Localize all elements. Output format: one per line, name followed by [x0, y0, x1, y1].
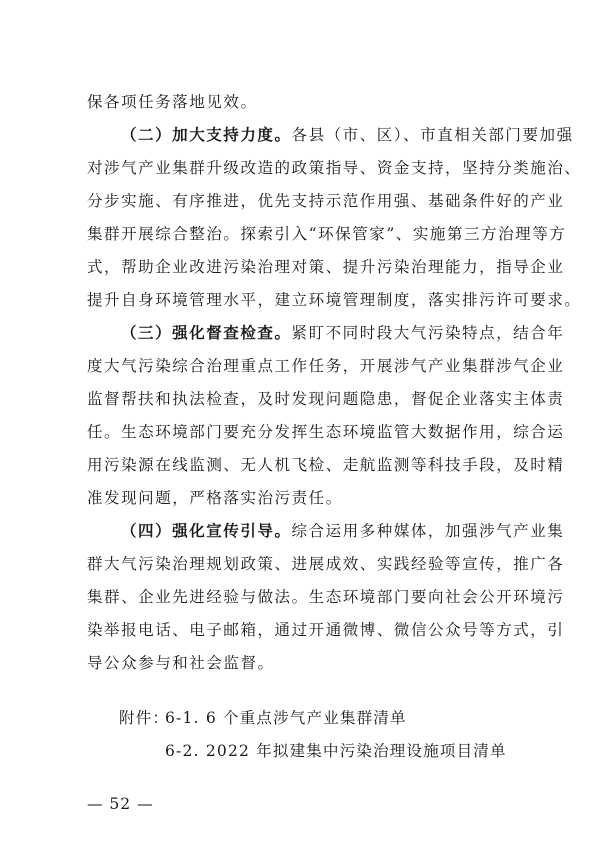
- line-text: 集群、企业先进经验与做法。生态环境部门要向社会公开环境污: [87, 588, 564, 606]
- page-number: — 52 —: [87, 793, 154, 815]
- section-heading: （三）强化督查检查。: [121, 323, 292, 342]
- paragraph-line: 集群、企业先进经验与做法。生态环境部门要向社会公开环境污: [87, 586, 517, 608]
- line-text: 准发现问题，严格落实治污责任。: [87, 489, 343, 507]
- paragraph-line: 用污染源在线监测、无人机飞检、走航监测等科技手段，及时精: [87, 454, 517, 476]
- section-heading-line: （四）强化宣传引导。综合运用多种媒体，加强涉气产业集: [87, 520, 517, 542]
- line-text: 式，帮助企业改进污染治理对策、提升污染治理能力，指导企业: [87, 258, 564, 276]
- section-heading-line: （三）强化督查检查。紧盯不同时段大气污染特点，结合年: [87, 322, 517, 344]
- document-page: 保各项任务落地见效。（二）加大支持力度。各县（市、区）、市直相关部门要加强对涉气…: [0, 0, 600, 848]
- line-text: 紧盯不同时段大气污染特点，结合年: [292, 324, 565, 342]
- paragraph-line: 任。生态环境部门要充分发挥生态环境监管大数据作用，综合运: [87, 421, 517, 443]
- paragraph-line: 准发现问题，严格落实治污责任。: [87, 487, 517, 509]
- paragraph-line: 监督帮扶和执法检查，及时发现问题隐患，督促企业落实主体责: [87, 388, 517, 410]
- line-text: 群大气污染治理规划政策、进展成效、实践经验等宣传，推广各: [87, 555, 564, 573]
- line-text: 导公众参与和社会监督。: [87, 654, 275, 672]
- line-text: 任。生态环境部门要充分发挥生态环境监管大数据作用，综合运: [87, 423, 564, 441]
- line-text: 用污染源在线监测、无人机飞检、走航监测等科技手段，及时精: [87, 456, 564, 474]
- attachment-item-1: 6-1. 6 个重点涉气产业集群清单: [165, 707, 407, 729]
- line-text: 对涉气产业集群升级改造的政策指导、资金支持，坚持分类施治、: [87, 159, 581, 177]
- line-text: 度大气污染综合治理重点工作任务，开展涉气产业集群涉气企业: [87, 357, 564, 375]
- paragraph-line: 群大气污染治理规划政策、进展成效、实践经验等宣传，推广各: [87, 553, 517, 575]
- paragraph-line: 提升自身环境管理水平，建立环境管理制度，落实排污许可要求。: [87, 289, 517, 311]
- paragraph-line: 分步实施、有序推进，优先支持示范作用强、基础条件好的产业: [87, 190, 517, 212]
- line-text: 分步实施、有序推进，优先支持示范作用强、基础条件好的产业: [87, 192, 564, 210]
- paragraph-line: 导公众参与和社会监督。: [87, 652, 517, 674]
- section-heading: （四）强化宣传引导。: [121, 521, 292, 540]
- paragraph-line: 对涉气产业集群升级改造的政策指导、资金支持，坚持分类施治、: [87, 157, 517, 179]
- attachments-label: 附件：: [119, 707, 169, 729]
- line-text: 监督帮扶和执法检查，及时发现问题隐患，督促企业落实主体责: [87, 390, 564, 408]
- line-text: 集群开展综合整治。探索引入“环保管家”、实施第三方治理等方: [87, 225, 566, 243]
- line-text: 提升自身环境管理水平，建立环境管理制度，落实排污许可要求。: [87, 291, 581, 309]
- section-heading-line: （二）加大支持力度。各县（市、区）、市直相关部门要加强: [87, 124, 517, 146]
- line-text: 染举报电话、电子邮箱，通过开通微博、微信公众号等方式，引: [87, 621, 564, 639]
- paragraph-line: 染举报电话、电子邮箱，通过开通微博、微信公众号等方式，引: [87, 619, 517, 641]
- paragraph-line: 度大气污染综合治理重点工作任务，开展涉气产业集群涉气企业: [87, 355, 517, 377]
- paragraph-line: 式，帮助企业改进污染治理对策、提升污染治理能力，指导企业: [87, 256, 517, 278]
- paragraph-line: 集群开展综合整治。探索引入“环保管家”、实施第三方治理等方: [87, 223, 517, 245]
- paragraph-line: 保各项任务落地见效。: [87, 91, 517, 113]
- attachment-item-2: 6-2. 2022 年拟建集中污染治理设施项目清单: [165, 740, 507, 762]
- line-text: 保各项任务落地见效。: [87, 93, 258, 111]
- section-heading: （二）加大支持力度。: [121, 125, 292, 144]
- line-text: 各县（市、区）、市直相关部门要加强: [292, 126, 574, 144]
- line-text: 综合运用多种媒体，加强涉气产业集: [292, 522, 565, 540]
